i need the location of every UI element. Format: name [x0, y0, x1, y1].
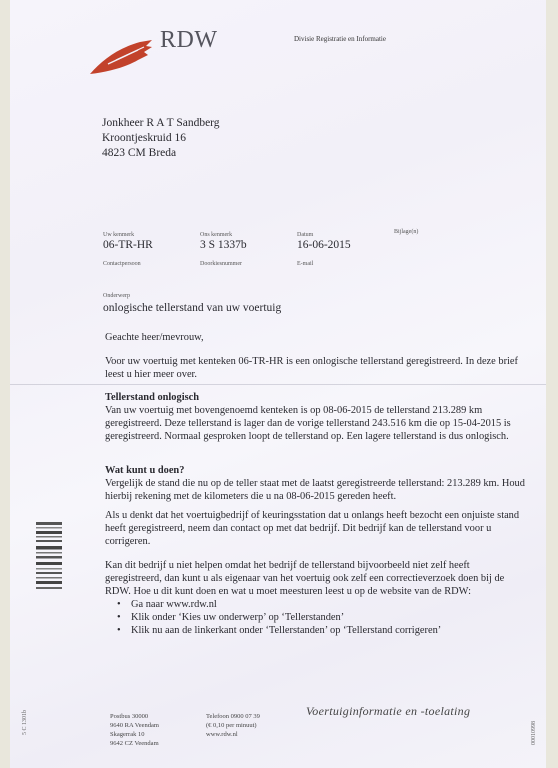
section2-body: Vergelijk de stand die nu op de teller s…	[105, 477, 525, 503]
brand-name: RDW	[160, 27, 218, 54]
recipient-street: Kroontjeskruid 16	[102, 131, 220, 146]
instruction-list: Ga naar www.rdw.nl Klik onder ‘Kies uw o…	[105, 598, 525, 637]
footer-tagline: Voertuiginformatie en -toelating	[306, 704, 470, 719]
datum-label: Datum	[297, 232, 313, 238]
datum-value: 16-06-2015	[297, 239, 351, 251]
ons-kenmerk-value: 3 S 1337b	[200, 239, 247, 251]
rdw-feather-logo-icon	[88, 38, 154, 76]
barcode-icon	[36, 522, 62, 592]
contactpersoon-label: Contactpersoon	[103, 261, 141, 267]
footer-contact: Telefoon 0900 07 39 (€ 0,10 per minuut) …	[206, 712, 260, 739]
section1-heading: Tellerstand onlogisch	[105, 391, 525, 404]
para4-text: Kan dit bedrijf u niet helpen omdat het …	[105, 559, 525, 598]
recipient-city: 4823 CM Breda	[102, 146, 220, 161]
footer-postal-line: Skagerrak 10	[110, 730, 159, 739]
subject-text: onlogische tellerstand van uw voertuig	[103, 302, 281, 314]
paragraph-bedrijf: Als u denkt dat het voertuigbedrijf of k…	[105, 509, 525, 548]
section2-heading: Wat kunt u doen?	[105, 464, 525, 477]
list-item: Klik nu aan de linkerkant onder ‘Tellers…	[105, 624, 525, 637]
section1-body: Van uw voertuig met bovengenoemd kenteke…	[105, 404, 525, 443]
bijlagen-label: Bijlage(n)	[394, 229, 418, 235]
footer-website-link[interactable]: www.rdw.nl	[206, 730, 260, 739]
para3-text: Als u denkt dat het voertuigbedrijf of k…	[105, 509, 525, 548]
intro-paragraph: Voor uw voertuig met kenteken 06-TR-HR i…	[105, 355, 525, 381]
recipient-address: Jonkheer R A T Sandberg Kroontjeskruid 1…	[102, 116, 220, 161]
doorkiesnummer-label: Doorkiesnummer	[200, 261, 242, 267]
footer-phone-rate: (€ 0,10 per minuut)	[206, 721, 260, 730]
salutation-text: Geachte heer/mevrouw,	[105, 331, 525, 344]
recipient-name: Jonkheer R A T Sandberg	[102, 116, 220, 131]
footer-postal-address: Postbus 30000 9640 RA Veendam Skagerrak …	[110, 712, 159, 748]
intro-text: Voor uw voertuig met kenteken 06-TR-HR i…	[105, 355, 525, 381]
footer-postal-line: 9640 RA Veendam	[110, 721, 159, 730]
footer-phone: Telefoon 0900 07 39	[206, 712, 260, 721]
left-margin-code: 5 C 1301b	[22, 710, 28, 735]
footer-postal-line: 9642 CZ Veendam	[110, 739, 159, 748]
right-margin-code: 00010998	[531, 721, 537, 745]
uw-kenmerk-value: 06-TR-HR	[103, 239, 153, 251]
fold-line	[10, 384, 546, 385]
footer-postal-line: Postbus 30000	[110, 712, 159, 721]
paragraph-correctie: Kan dit bedrijf u niet helpen omdat het …	[105, 559, 525, 637]
email-label: E-mail	[297, 261, 313, 267]
ons-kenmerk-label: Ons kenmerk	[200, 232, 232, 238]
division-name: Divisie Registratie en Informatie	[294, 35, 386, 43]
salutation: Geachte heer/mevrouw,	[105, 331, 525, 344]
uw-kenmerk-label: Uw kenmerk	[103, 232, 134, 238]
list-item: Ga naar www.rdw.nl	[105, 598, 525, 611]
section-wat-kunt-u-doen: Wat kunt u doen? Vergelijk de stand die …	[105, 464, 525, 503]
subject-label: Onderwerp	[103, 293, 130, 299]
section-tellerstand: Tellerstand onlogisch Van uw voertuig me…	[105, 391, 525, 443]
list-item: Klik onder ‘Kies uw onderwerp’ op ‘Telle…	[105, 611, 525, 624]
